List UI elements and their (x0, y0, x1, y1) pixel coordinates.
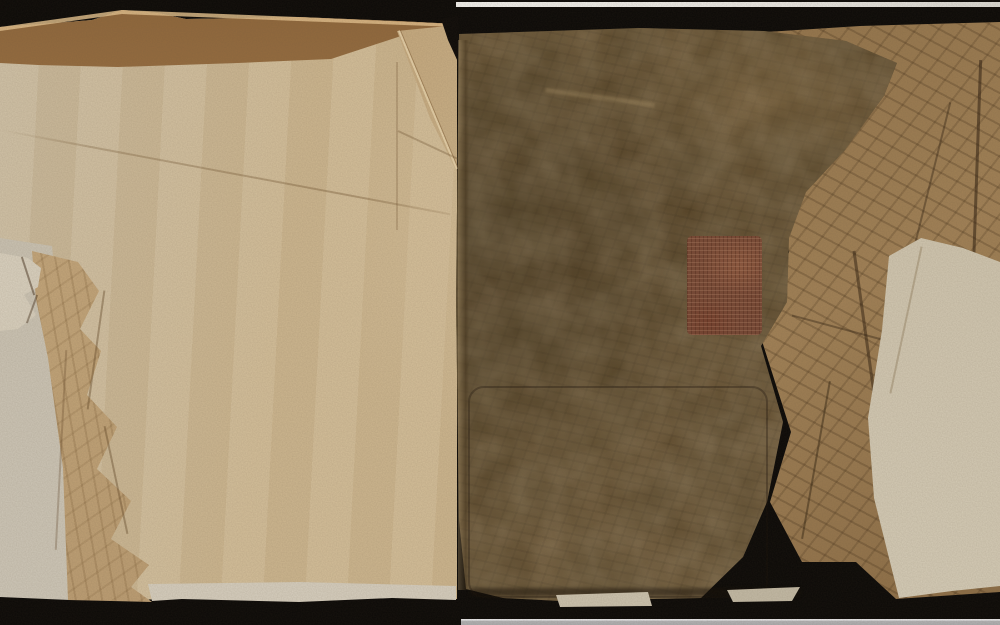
seal-stamp (687, 236, 762, 335)
cover-panel-outline (468, 386, 768, 598)
book-scan-photo: Digitized two-page spread of a heavily w… (0, 0, 1000, 625)
left-page-vertical-crease (396, 62, 398, 230)
bottom-grey-strip (461, 619, 1000, 625)
top-white-strip (456, 2, 1000, 7)
